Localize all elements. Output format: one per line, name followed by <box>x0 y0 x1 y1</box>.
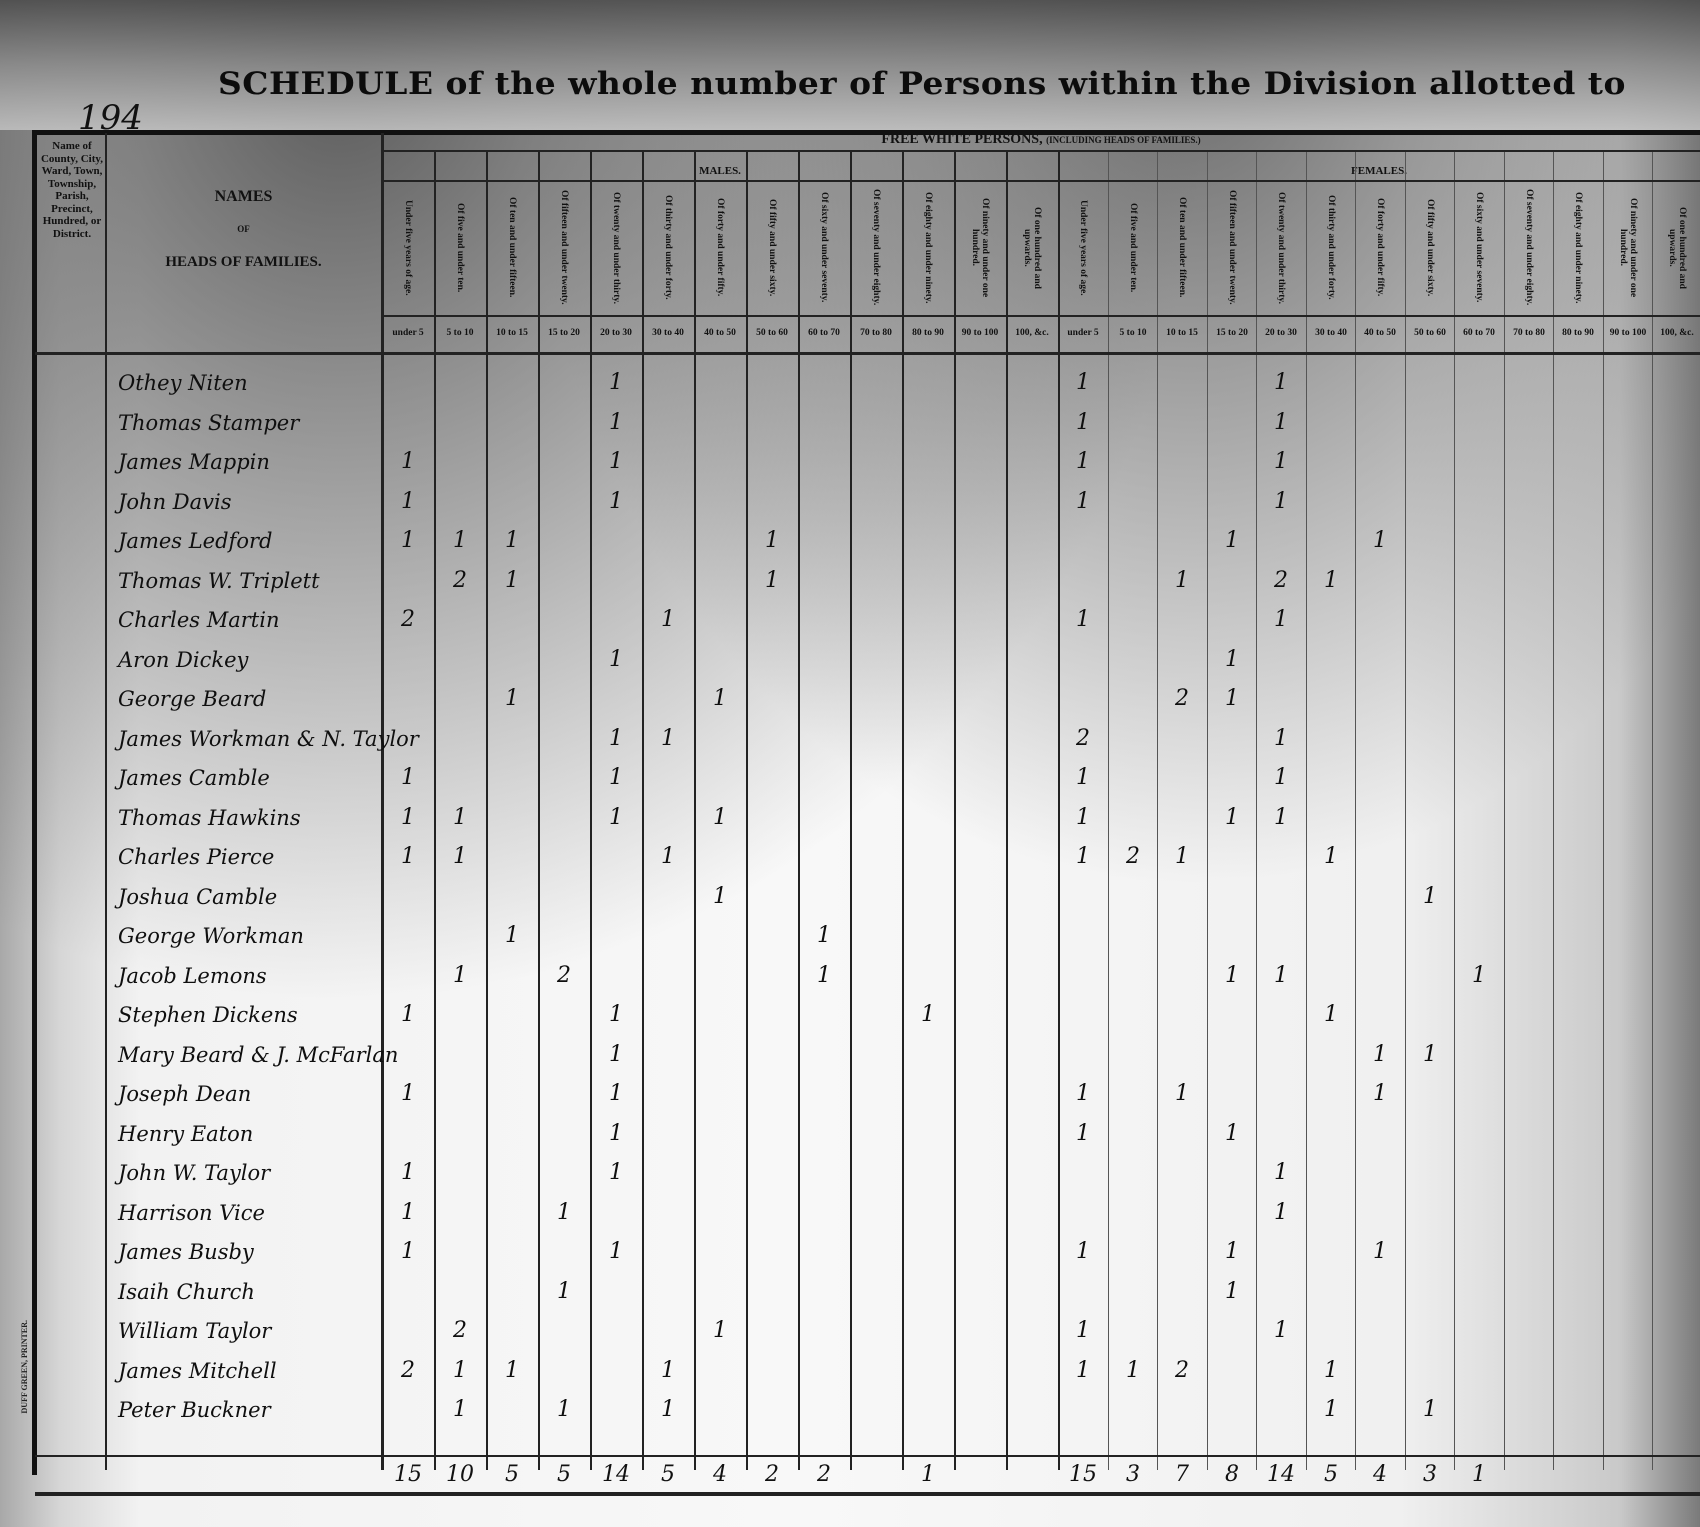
male-col-header-1: Of five and under ten. <box>434 185 486 310</box>
male-count-cell: 1 <box>434 839 486 875</box>
male-count-cell: 1 <box>590 760 642 796</box>
female-col-header-9: Of seventy and under eighty. <box>1504 185 1554 310</box>
names-header-line3: HEADS OF FAMILIES. <box>106 254 381 271</box>
male-total-cell: 2 <box>746 1458 798 1492</box>
female-col-label: Of ninety and under one hundred. <box>1618 189 1638 307</box>
male-col-range-4: 20 to 30 <box>590 322 642 344</box>
female-col-divider <box>1603 150 1604 1470</box>
female-count-cell: 1 <box>1058 484 1108 520</box>
female-col-header-10: Of eighty and under ninety. <box>1553 185 1603 310</box>
female-count-cell: 1 <box>1157 1076 1207 1112</box>
male-col-header-3: Of fifteen and under twenty. <box>538 185 590 310</box>
head-of-family-name: Othey Niten <box>118 365 248 401</box>
male-count-cell: 1 <box>590 1037 642 1073</box>
female-count-cell: 1 <box>1355 523 1405 559</box>
male-col-divider <box>798 150 800 1470</box>
head-of-family-name: Aron Dickey <box>118 642 248 678</box>
male-total-cell: 2 <box>798 1458 850 1492</box>
male-count-cell: 2 <box>538 958 590 994</box>
female-col-range-7: 50 to 60 <box>1405 322 1455 344</box>
female-count-cell: 1 <box>1058 1313 1108 1349</box>
male-col-range-7: 50 to 60 <box>746 322 798 344</box>
head-of-family-name: John Davis <box>118 484 232 520</box>
female-col-range-2: 10 to 15 <box>1157 322 1207 344</box>
female-count-cell: 1 <box>1058 1076 1108 1112</box>
female-count-cell: 1 <box>1058 760 1108 796</box>
female-col-divider <box>1652 150 1653 1470</box>
male-col-header-12: Of one hundred and upwards. <box>1006 185 1058 310</box>
female-col-range-8: 60 to 70 <box>1454 322 1504 344</box>
head-of-family-name: Peter Buckner <box>118 1392 271 1428</box>
male-col-label: Of sixty and under seventy. <box>819 192 829 302</box>
male-col-header-9: Of seventy and under eighty. <box>850 185 902 310</box>
female-count-cell: 1 <box>1405 1037 1455 1073</box>
female-col-label: Of thirty and under forty. <box>1326 195 1336 300</box>
female-count-cell: 1 <box>1256 444 1306 480</box>
head-of-family-name: William Taylor <box>118 1313 271 1349</box>
male-col-range-9: 70 to 80 <box>850 322 902 344</box>
female-count-cell: 1 <box>1058 405 1108 441</box>
female-col-divider <box>1306 150 1307 1470</box>
male-col-header-4: Of twenty and under thirty. <box>590 185 642 310</box>
male-count-cell: 1 <box>382 1155 434 1191</box>
female-col-label: Of one hundred and upwards. <box>1667 189 1687 307</box>
male-count-cell: 1 <box>382 1195 434 1231</box>
female-count-cell: 1 <box>1058 800 1108 836</box>
male-total-cell: 4 <box>694 1458 746 1492</box>
male-count-cell: 1 <box>694 800 746 836</box>
female-count-cell: 1 <box>1256 602 1306 638</box>
male-col-label: Of fifty and under sixty. <box>767 199 777 296</box>
female-count-cell: 1 <box>1256 1195 1306 1231</box>
head-of-family-name: Mary Beard & J. McFarlan <box>118 1037 398 1073</box>
female-count-cell: 1 <box>1058 1353 1108 1389</box>
female-count-cell: 2 <box>1108 839 1158 875</box>
female-col-label: Of fifteen and under twenty. <box>1227 190 1237 305</box>
group-rule <box>382 180 1700 182</box>
female-col-header-12: Of one hundred and upwards. <box>1652 185 1700 310</box>
female-count-cell: 1 <box>1306 997 1356 1033</box>
male-count-cell: 1 <box>590 800 642 836</box>
female-count-cell: 1 <box>1256 958 1306 994</box>
male-col-header-8: Of sixty and under seventy. <box>798 185 850 310</box>
female-col-divider <box>1405 150 1406 1470</box>
head-of-family-name: George Workman <box>118 918 304 954</box>
female-col-label: Of fifty and under sixty. <box>1425 199 1435 296</box>
female-count-cell: 1 <box>1207 523 1257 559</box>
female-count-cell: 2 <box>1157 681 1207 717</box>
male-count-cell: 1 <box>642 602 694 638</box>
male-count-cell: 1 <box>642 721 694 757</box>
male-col-header-5: Of thirty and under forty. <box>642 185 694 310</box>
head-of-family-name: Harrison Vice <box>118 1195 265 1231</box>
male-count-cell: 1 <box>590 1234 642 1270</box>
female-col-label: Of forty and under fifty. <box>1375 198 1385 296</box>
female-total-cell: 14 <box>1256 1458 1306 1492</box>
female-count-cell: 1 <box>1256 1155 1306 1191</box>
male-col-label: Under five years of age. <box>403 200 413 296</box>
male-col-label: Of ten and under fifteen. <box>507 197 517 297</box>
male-col-range-11: 90 to 100 <box>954 322 1006 344</box>
female-col-header-0: Under five years of age. <box>1058 185 1108 310</box>
female-col-header-3: Of fifteen and under twenty. <box>1207 185 1257 310</box>
female-count-cell: 1 <box>1108 1353 1158 1389</box>
male-col-divider <box>642 150 644 1470</box>
female-col-divider <box>1157 150 1158 1470</box>
female-col-range-1: 5 to 10 <box>1108 322 1158 344</box>
male-col-divider <box>746 150 748 1470</box>
male-total-cell: 5 <box>642 1458 694 1492</box>
male-count-cell: 1 <box>694 879 746 915</box>
male-count-cell: 1 <box>590 365 642 401</box>
male-count-cell: 1 <box>434 800 486 836</box>
head-of-family-name: George Beard <box>118 681 266 717</box>
head-of-family-name: Thomas W. Triplett <box>118 563 320 599</box>
female-col-label: Of five and under ten. <box>1128 203 1138 292</box>
male-col-divider <box>1006 150 1008 1470</box>
female-col-label: Under five years of age. <box>1078 200 1088 296</box>
names-header-line1: NAMES <box>106 188 381 206</box>
male-count-cell: 2 <box>382 602 434 638</box>
male-col-divider <box>538 150 540 1470</box>
female-total-cell: 1 <box>1454 1458 1504 1492</box>
male-col-header-2: Of ten and under fifteen. <box>486 185 538 310</box>
head-of-family-name: John W. Taylor <box>118 1155 270 1191</box>
printer-mark: DUFF GREEN, PRINTER. <box>20 1320 29 1413</box>
male-count-cell: 1 <box>434 523 486 559</box>
female-count-cell: 1 <box>1207 1116 1257 1152</box>
male-col-divider <box>954 150 956 1470</box>
female-col-header-8: Of sixty and under seventy. <box>1454 185 1504 310</box>
male-count-cell: 1 <box>590 721 642 757</box>
head-of-family-name: Jacob Lemons <box>118 958 267 994</box>
female-col-divider <box>1108 150 1109 1470</box>
female-total-cell: 3 <box>1405 1458 1455 1492</box>
male-count-cell: 1 <box>486 918 538 954</box>
female-count-cell: 1 <box>1157 839 1207 875</box>
range-rule <box>382 315 1700 317</box>
header-rule <box>382 150 1700 152</box>
male-total-cell: 15 <box>382 1458 434 1492</box>
male-count-cell: 1 <box>590 1155 642 1191</box>
male-count-cell: 1 <box>642 1353 694 1389</box>
female-total-cell: 15 <box>1058 1458 1108 1492</box>
male-total-cell: 1 <box>902 1458 954 1492</box>
female-total-cell: 3 <box>1108 1458 1158 1492</box>
totals-rule <box>35 1455 1700 1457</box>
male-count-cell: 1 <box>590 997 642 1033</box>
head-of-family-name: James Ledford <box>118 523 272 559</box>
head-of-family-name: Joshua Camble <box>118 879 277 915</box>
male-count-cell: 1 <box>382 839 434 875</box>
female-count-cell: 1 <box>1058 1116 1108 1152</box>
female-col-range-0: under 5 <box>1058 322 1108 344</box>
names-column-header: NAMES OF HEADS OF FAMILIES. <box>106 188 381 271</box>
female-count-cell: 1 <box>1256 800 1306 836</box>
female-count-cell: 1 <box>1355 1037 1405 1073</box>
male-total-cell: 5 <box>538 1458 590 1492</box>
female-count-cell: 1 <box>1207 958 1257 994</box>
male-count-cell: 1 <box>694 681 746 717</box>
male-count-cell: 1 <box>382 1076 434 1112</box>
male-col-range-10: 80 to 90 <box>902 322 954 344</box>
male-count-cell: 1 <box>382 484 434 520</box>
female-col-label: Of seventy and under eighty. <box>1524 189 1534 305</box>
head-of-family-name: Isaih Church <box>118 1274 255 1310</box>
male-count-cell: 1 <box>642 1392 694 1428</box>
female-col-label: Of sixty and under seventy. <box>1474 192 1484 302</box>
female-col-header-7: Of fifty and under sixty. <box>1405 185 1455 310</box>
female-count-cell: 1 <box>1256 721 1306 757</box>
male-count-cell: 1 <box>590 1116 642 1152</box>
head-of-family-name: James Mitchell <box>118 1353 277 1389</box>
female-count-cell: 1 <box>1405 1392 1455 1428</box>
female-col-range-12: 100, &c. <box>1652 322 1700 344</box>
male-col-range-1: 5 to 10 <box>434 322 486 344</box>
female-count-cell: 1 <box>1256 760 1306 796</box>
male-col-label: Of one hundred and upwards. <box>1022 189 1042 307</box>
names-header-line2: OF <box>106 224 381 234</box>
female-col-header-4: Of twenty and under thirty. <box>1256 185 1306 310</box>
female-count-cell: 1 <box>1157 563 1207 599</box>
free-white-persons-label: FREE WHITE PERSONS, <box>881 132 1042 147</box>
female-count-cell: 2 <box>1256 563 1306 599</box>
male-count-cell: 1 <box>486 523 538 559</box>
male-count-cell: 1 <box>382 760 434 796</box>
free-white-persons-header: FREE WHITE PERSONS, (INCLUDING HEADS OF … <box>382 132 1700 148</box>
male-count-cell: 1 <box>486 681 538 717</box>
female-count-cell: 1 <box>1256 365 1306 401</box>
male-col-range-2: 10 to 15 <box>486 322 538 344</box>
male-col-header-10: Of eighty and under ninety. <box>902 185 954 310</box>
female-col-divider <box>1553 150 1554 1470</box>
header-bottom-rule <box>35 352 1700 355</box>
males-group-header: MALES. <box>382 165 1058 177</box>
head-of-family-name: Stephen Dickens <box>118 997 298 1033</box>
head-of-family-name: James Mappin <box>118 444 270 480</box>
female-count-cell: 1 <box>1306 1353 1356 1389</box>
female-count-cell: 1 <box>1256 1313 1306 1349</box>
male-col-range-0: under 5 <box>382 322 434 344</box>
scan-shadow <box>0 0 1700 130</box>
female-count-cell: 1 <box>1207 1274 1257 1310</box>
male-col-divider <box>902 150 904 1470</box>
male-col-range-6: 40 to 50 <box>694 322 746 344</box>
female-col-range-5: 30 to 40 <box>1306 322 1356 344</box>
female-count-cell: 1 <box>1306 839 1356 875</box>
female-col-label: Of twenty and under thirty. <box>1276 192 1286 304</box>
male-count-cell: 1 <box>798 918 850 954</box>
female-count-cell: 1 <box>1405 879 1455 915</box>
male-count-cell: 1 <box>746 563 798 599</box>
female-count-cell: 1 <box>1058 602 1108 638</box>
female-count-cell: 1 <box>1207 800 1257 836</box>
male-count-cell: 1 <box>434 1392 486 1428</box>
female-col-header-5: Of thirty and under forty. <box>1306 185 1356 310</box>
male-col-range-8: 60 to 70 <box>798 322 850 344</box>
male-total-cell: 5 <box>486 1458 538 1492</box>
head-of-family-name: Charles Martin <box>118 602 280 638</box>
male-count-cell: 2 <box>382 1353 434 1389</box>
page-title: SCHEDULE of the whole number of Persons … <box>218 66 1626 102</box>
male-col-label: Of eighty and under ninety. <box>923 192 933 303</box>
female-col-divider <box>1355 150 1356 1470</box>
female-col-label: Of eighty and under ninety. <box>1573 192 1583 303</box>
district-divider <box>105 133 107 1470</box>
male-count-cell: 1 <box>486 1353 538 1389</box>
female-count-cell: 1 <box>1454 958 1504 994</box>
female-total-cell: 5 <box>1306 1458 1356 1492</box>
male-count-cell: 1 <box>382 1234 434 1270</box>
male-count-cell: 1 <box>902 997 954 1033</box>
female-col-header-2: Of ten and under fifteen. <box>1157 185 1207 310</box>
female-count-cell: 1 <box>1207 681 1257 717</box>
female-col-header-1: Of five and under ten. <box>1108 185 1158 310</box>
male-total-cell: 10 <box>434 1458 486 1492</box>
female-col-range-10: 80 to 90 <box>1553 322 1603 344</box>
female-col-range-3: 15 to 20 <box>1207 322 1257 344</box>
male-count-cell: 1 <box>590 1076 642 1112</box>
head-of-family-name: James Workman & N. Taylor <box>118 721 419 757</box>
male-count-cell: 1 <box>642 839 694 875</box>
male-col-label: Of seventy and under eighty. <box>871 189 881 305</box>
male-count-cell: 2 <box>434 1313 486 1349</box>
male-count-cell: 1 <box>590 405 642 441</box>
female-total-cell: 8 <box>1207 1458 1257 1492</box>
including-heads-label: (INCLUDING HEADS OF FAMILIES.) <box>1046 135 1201 145</box>
male-count-cell: 1 <box>590 444 642 480</box>
male-count-cell: 1 <box>382 800 434 836</box>
female-col-range-9: 70 to 80 <box>1504 322 1554 344</box>
male-count-cell: 1 <box>538 1392 590 1428</box>
female-total-cell: 4 <box>1355 1458 1405 1492</box>
female-count-cell: 1 <box>1058 444 1108 480</box>
female-count-cell: 1 <box>1058 839 1108 875</box>
male-col-label: Of twenty and under thirty. <box>611 192 621 304</box>
male-count-cell: 1 <box>382 997 434 1033</box>
female-col-range-6: 40 to 50 <box>1355 322 1405 344</box>
female-count-cell: 1 <box>1306 1392 1356 1428</box>
female-count-cell: 1 <box>1058 365 1108 401</box>
head-of-family-name: Joseph Dean <box>118 1076 251 1112</box>
male-col-label: Of five and under ten. <box>455 203 465 292</box>
table-bottom-rule <box>35 1492 1700 1496</box>
male-count-cell: 1 <box>538 1195 590 1231</box>
district-column-header: Name of County, City, Ward, Town, Townsh… <box>38 140 106 240</box>
head-of-family-name: Charles Pierce <box>118 839 274 875</box>
male-col-divider <box>486 150 488 1470</box>
male-col-range-12: 100, &c. <box>1006 322 1058 344</box>
male-count-cell: 1 <box>382 444 434 480</box>
female-count-cell: 1 <box>1355 1234 1405 1270</box>
head-of-family-name: Thomas Stamper <box>118 405 299 441</box>
male-count-cell: 1 <box>590 484 642 520</box>
male-count-cell: 2 <box>434 563 486 599</box>
male-col-header-11: Of ninety and under one hundred. <box>954 185 1006 310</box>
female-count-cell: 1 <box>1306 563 1356 599</box>
male-col-header-6: Of forty and under fifty. <box>694 185 746 310</box>
male-col-header-0: Under five years of age. <box>382 185 434 310</box>
female-col-range-11: 90 to 100 <box>1603 322 1653 344</box>
female-count-cell: 1 <box>1256 484 1306 520</box>
male-col-header-7: Of fifty and under sixty. <box>746 185 798 310</box>
female-count-cell: 1 <box>1256 405 1306 441</box>
female-col-range-4: 20 to 30 <box>1256 322 1306 344</box>
male-col-label: Of thirty and under forty. <box>663 195 673 300</box>
male-col-label: Of forty and under fifty. <box>715 198 725 296</box>
head-of-family-name: Henry Eaton <box>118 1116 253 1152</box>
male-col-label: Of fifteen and under twenty. <box>559 190 569 305</box>
female-col-divider <box>1454 150 1455 1470</box>
female-col-label: Of ten and under fifteen. <box>1177 197 1187 297</box>
female-col-header-11: Of ninety and under one hundred. <box>1603 185 1653 310</box>
male-count-cell: 1 <box>538 1274 590 1310</box>
male-count-cell: 1 <box>746 523 798 559</box>
male-col-label: Of ninety and under one hundred. <box>970 189 990 307</box>
female-count-cell: 1 <box>1058 1234 1108 1270</box>
female-count-cell: 1 <box>1355 1076 1405 1112</box>
female-count-cell: 2 <box>1058 721 1108 757</box>
female-count-cell: 1 <box>1207 1234 1257 1270</box>
male-col-range-3: 15 to 20 <box>538 322 590 344</box>
male-col-range-5: 30 to 40 <box>642 322 694 344</box>
head-of-family-name: Thomas Hawkins <box>118 800 301 836</box>
male-count-cell: 1 <box>382 523 434 559</box>
female-col-header-6: Of forty and under fifty. <box>1355 185 1405 310</box>
male-count-cell: 1 <box>434 1353 486 1389</box>
male-count-cell: 1 <box>486 563 538 599</box>
female-count-cell: 1 <box>1207 642 1257 678</box>
male-count-cell: 1 <box>590 642 642 678</box>
male-col-divider <box>850 150 852 1470</box>
head-of-family-name: James Camble <box>118 760 270 796</box>
male-total-cell: 14 <box>590 1458 642 1492</box>
female-total-cell: 7 <box>1157 1458 1207 1492</box>
male-count-cell: 1 <box>434 958 486 994</box>
male-count-cell: 1 <box>694 1313 746 1349</box>
male-count-cell: 1 <box>798 958 850 994</box>
female-col-divider <box>1504 150 1505 1470</box>
head-of-family-name: James Busby <box>118 1234 254 1270</box>
female-count-cell: 2 <box>1157 1353 1207 1389</box>
